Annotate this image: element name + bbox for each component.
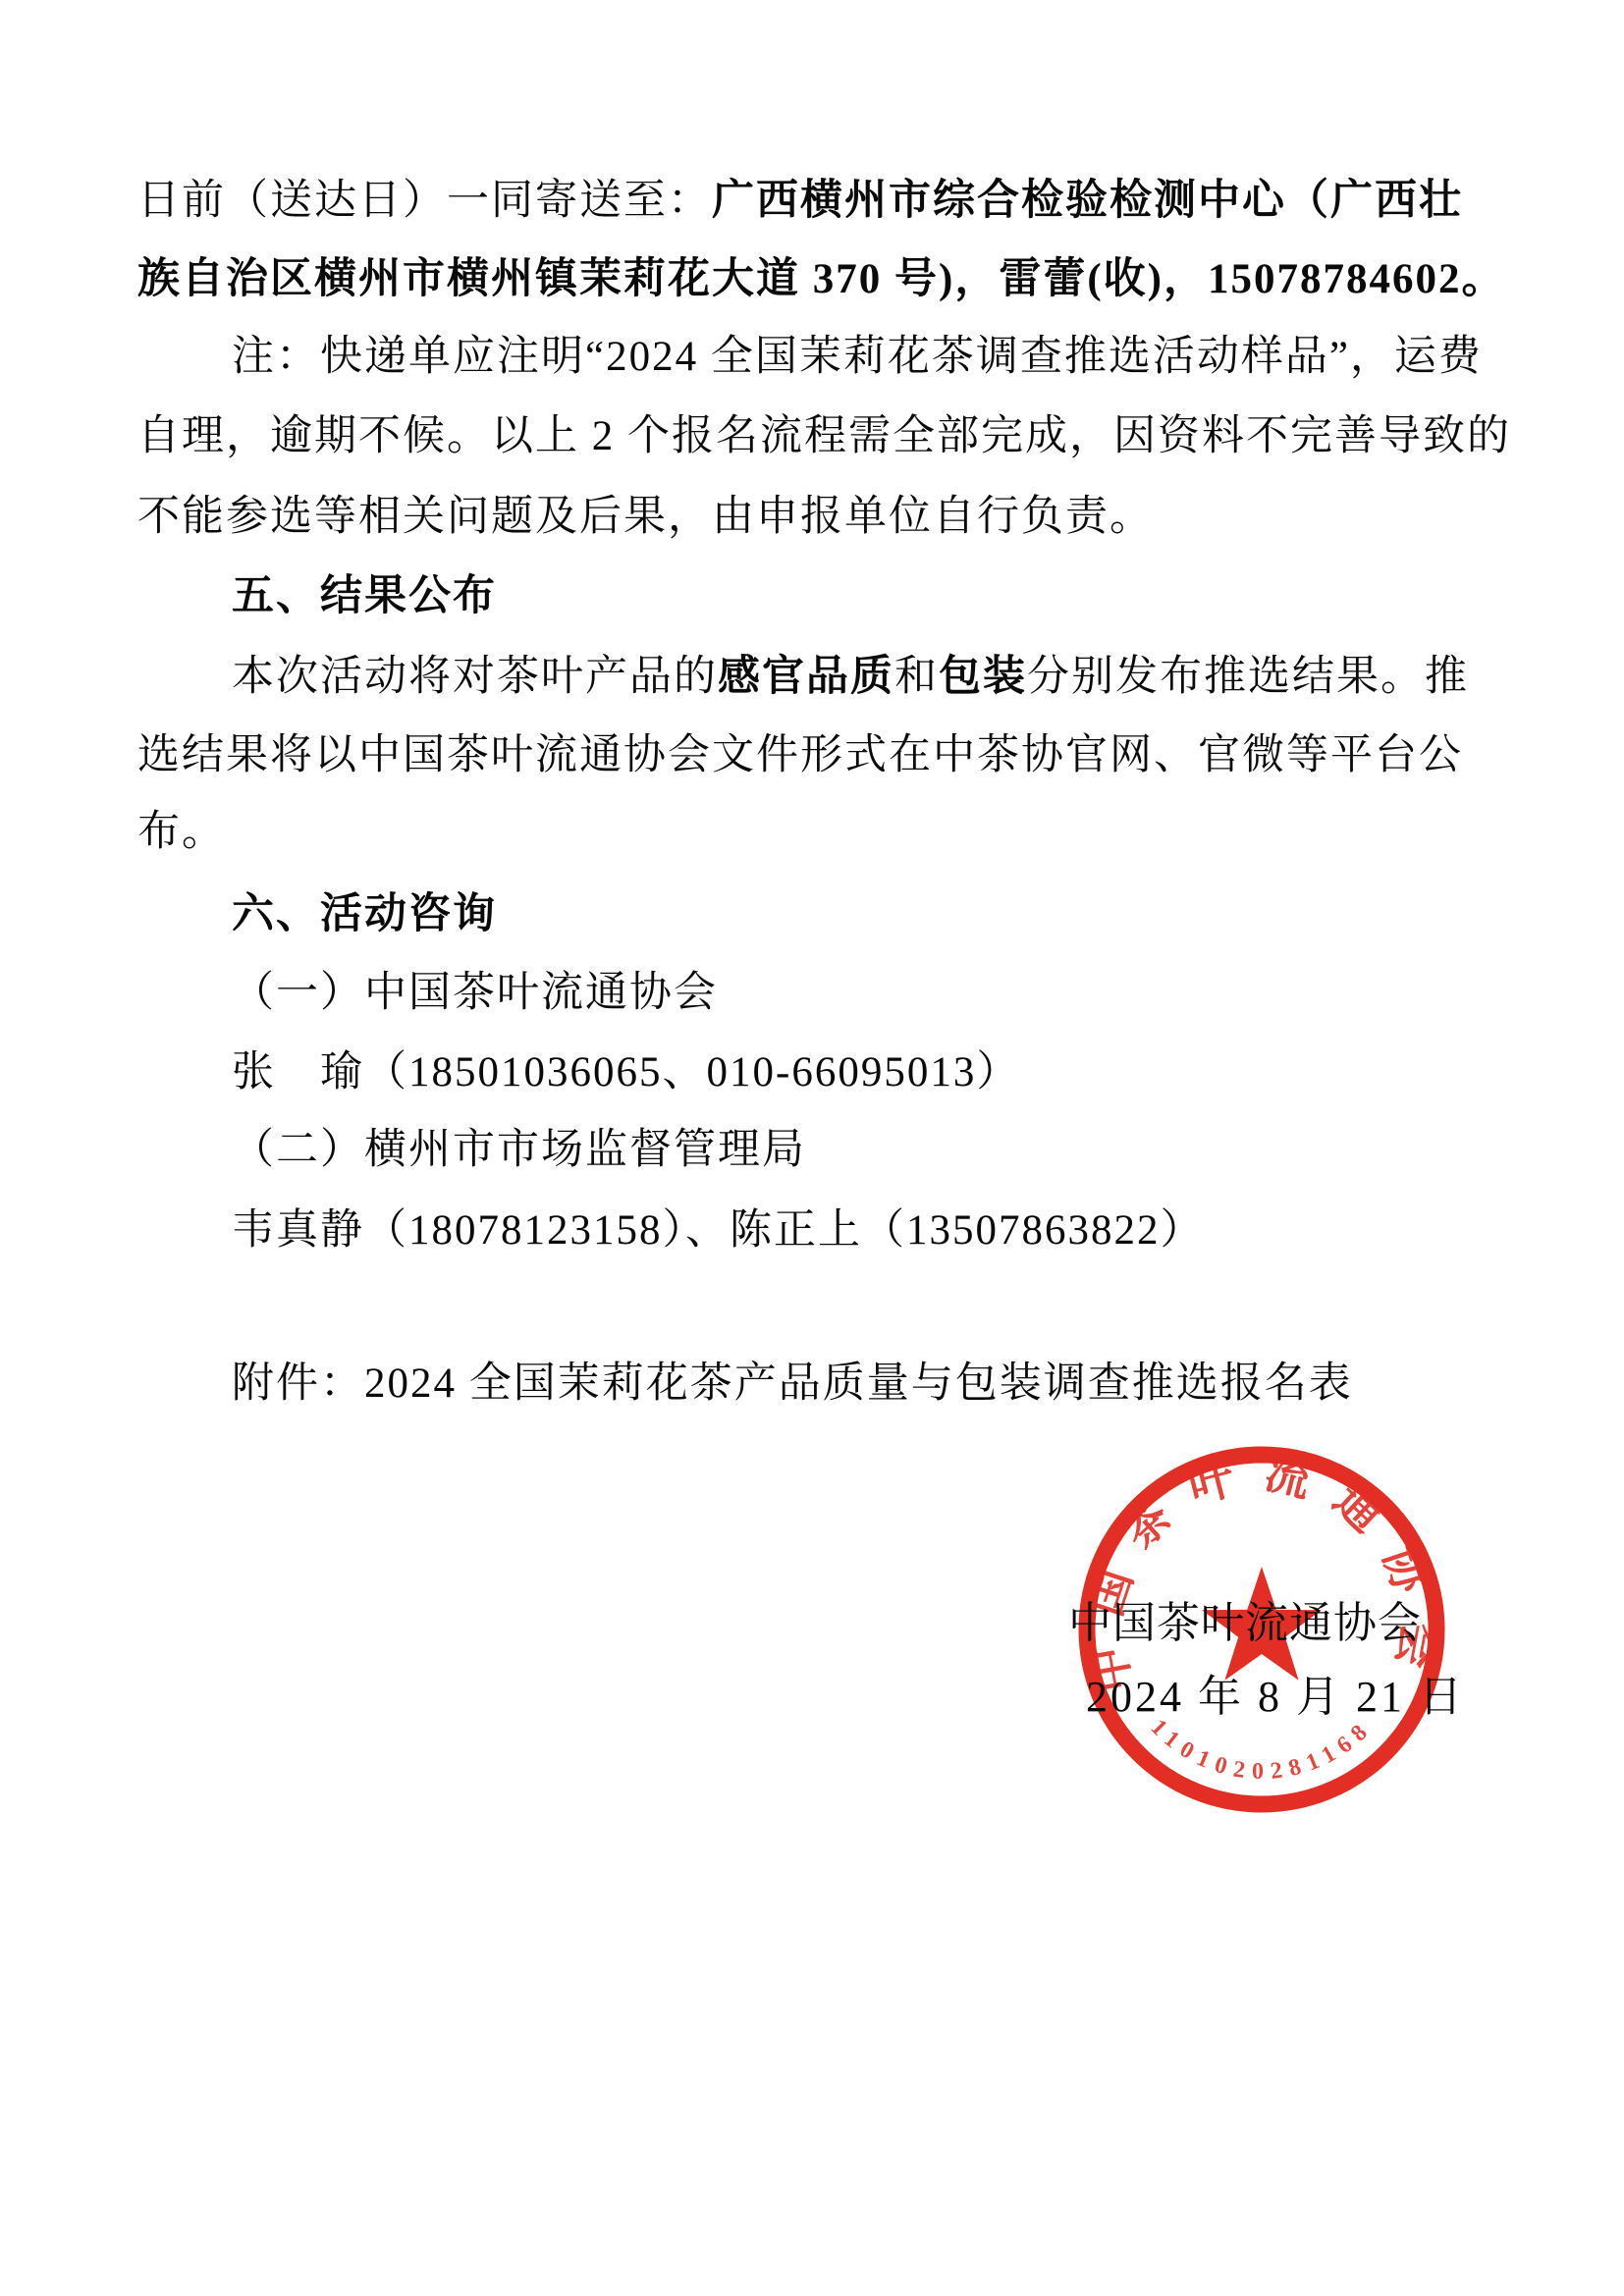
text-segment: 自理，逾期不候。以上 2 个报名流程需全部完成，因资料不完善导致的: [137, 413, 1511, 459]
text-segment: 广西横州市综合检验检测中心（广西壮: [712, 178, 1463, 224]
text-line: 不能参选等相关问题及后果，由申报单位自行负责。: [137, 488, 1473, 547]
text-line: （二）横州市市场监督管理局: [232, 1121, 1473, 1180]
text-line: 布。: [137, 803, 1473, 862]
text-segment: 注：快递单应注明“2024 全国茉莉花茶调查推选活动样品”，运费: [232, 334, 1483, 380]
text-segment: 感官品质: [718, 654, 894, 700]
signature-org: 中国茶叶流通协会: [1068, 1594, 1422, 1653]
text-line: 族自治区横州市横州镇茉莉花大道 370 号)，雷蕾(收)，15078784602…: [137, 250, 1473, 309]
text-line: 六、活动咨询: [232, 885, 1473, 944]
signature-date: 2024 年 8 月 21 日: [1086, 1668, 1465, 1727]
text-segment: 日前（送达日）一同寄送至：: [137, 178, 712, 224]
text-segment: 六、活动咨询: [232, 891, 497, 937]
text-segment: 选结果将以中国茶叶流通协会文件形式在中茶协官网、官微等平台公: [137, 732, 1463, 778]
text-segment: （二）横州市市场监督管理局: [232, 1127, 806, 1173]
text-segment: 五、结果公布: [232, 573, 497, 619]
text-segment: 张 瑜（18501036065、010-66095013）: [232, 1049, 1020, 1095]
text-segment: 族自治区横州市横州镇茉莉花大道 370 号)，雷蕾(收)，15078784602…: [137, 256, 1505, 302]
text-line: 韦真静（18078123158）、陈正上（13507863822）: [232, 1201, 1473, 1260]
text-segment: 和: [894, 654, 939, 700]
text-segment: 不能参选等相关问题及后果，由申报单位自行负责。: [137, 494, 1154, 540]
text-line: 注：快递单应注明“2024 全国茉莉花茶调查推选活动样品”，运费: [232, 328, 1473, 387]
text-line: 附件：2024 全国茉莉花茶产品质量与包装调查推选报名表: [232, 1355, 1473, 1414]
document-page: 日前（送达日）一同寄送至：广西横州市综合检验检测中心（广西壮族自治区横州市横州镇…: [0, 0, 1624, 2296]
text-segment: 布。: [137, 809, 226, 855]
text-line: 本次活动将对茶叶产品的感官品质和包装分别发布推选结果。推: [232, 648, 1473, 707]
text-segment: 附件：2024 全国茉莉花茶产品质量与包装调查推选报名表: [232, 1361, 1353, 1407]
text-segment: 包装: [939, 654, 1027, 700]
text-line: 日前（送达日）一同寄送至：广西横州市综合检验检测中心（广西壮: [137, 172, 1473, 231]
text-segment: 本次活动将对茶叶产品的: [232, 654, 718, 700]
text-segment: 韦真静（18078123158）、陈正上（13507863822）: [232, 1207, 1205, 1254]
text-line: 自理，逾期不候。以上 2 个报名流程需全部完成，因资料不完善导致的: [137, 407, 1473, 466]
text-line: （一）中国茶叶流通协会: [232, 964, 1473, 1023]
text-line: 选结果将以中国茶叶流通协会文件形式在中茶协官网、官微等平台公: [137, 726, 1473, 785]
text-segment: （一）中国茶叶流通协会: [232, 970, 718, 1016]
text-line: 张 瑜（18501036065、010-66095013）: [232, 1043, 1473, 1102]
text-segment: 分别发布推选结果。推: [1027, 654, 1469, 700]
text-line: 五、结果公布: [232, 567, 1473, 626]
